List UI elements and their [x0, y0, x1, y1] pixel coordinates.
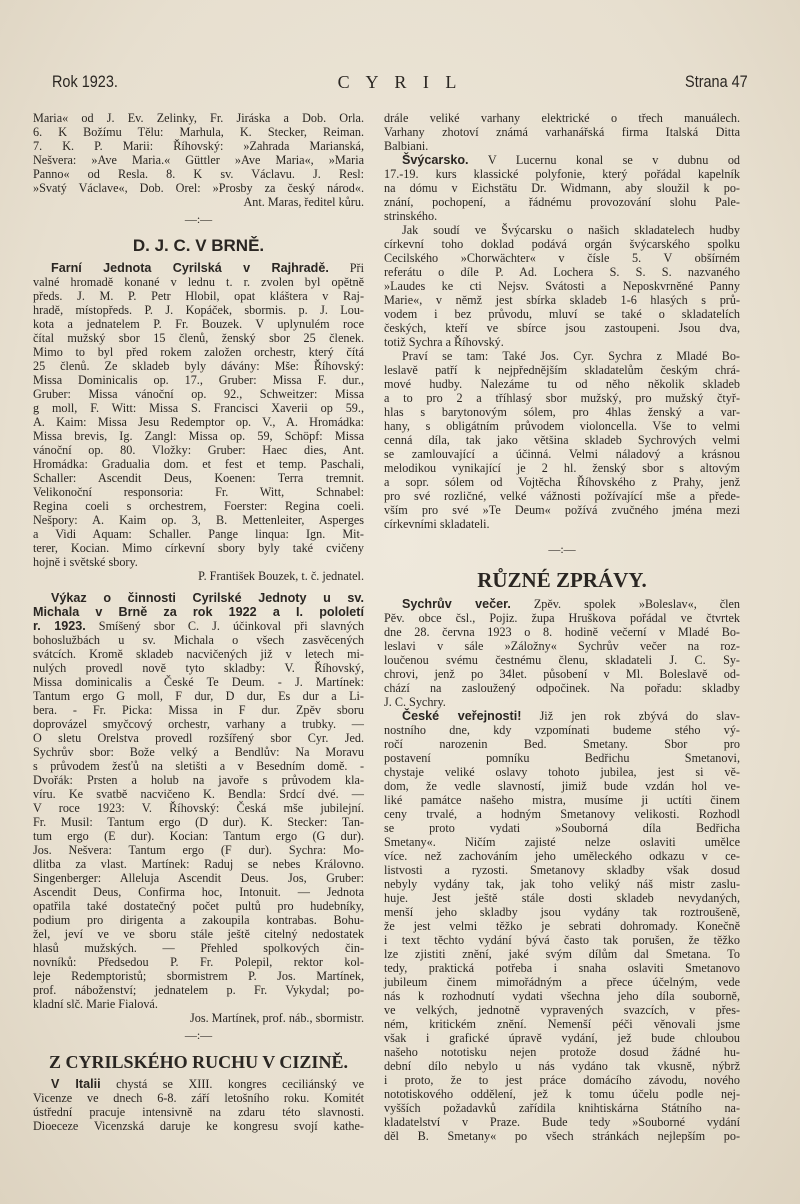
text-line: Varhany zhotoví známá varhanářská firma …	[384, 125, 740, 139]
article-title: Michala v Brně za rok 1922 a I. pololetí	[33, 605, 364, 619]
text-line: Vicenze ve dnech 6-8. září letošního rok…	[33, 1091, 364, 1105]
text-fragment: Smíšený sbor C. J. účinkoval při slavnýc…	[99, 619, 364, 633]
text-line: kladatelství v Praze. Bude tedy »Souborn…	[384, 1115, 740, 1129]
intro-paragraph: Maria« od J. Ev. Zelinky, Fr. Jiráska a …	[33, 111, 364, 209]
text-line: Dvořák: Prsten a holub na javoře s průvo…	[33, 773, 364, 787]
text-line: Missa Dominicalis op. 17., Gruber: Missa…	[33, 373, 364, 387]
text-line: žel, jeví ve ve sboru stále ještě citeln…	[33, 927, 364, 941]
text-line: Regina coeli s orchestrem, Foerster: Reg…	[33, 499, 364, 513]
text-fragment: Při	[350, 261, 364, 275]
text-line: svátcích. Kromě skladeb nacvičených již …	[33, 647, 364, 661]
text-line: Jos. Nešvera: Tantum ergo (F dur). Sychr…	[33, 843, 364, 857]
text-line: Balbiani.	[384, 139, 740, 153]
text-line: víru. Ke svatbě nacvičeno K. Bendla: Srd…	[33, 787, 364, 801]
text-line: mové hudby. Nalezáme tu od něho několik …	[384, 377, 740, 391]
text-line: Fr. Musil: Tantum ergo (D dur). K. Steck…	[33, 815, 364, 829]
text-line: církevní toho doklad podává orgán švýcar…	[384, 237, 740, 251]
text-fragment: V Lucernu konal se v dubnu od	[488, 153, 740, 167]
signature: P. František Bouzek, t. č. jednatel.	[33, 569, 364, 583]
text-line: referátu o díle P. Ad. Lochera S. S. S. …	[384, 265, 740, 279]
text-line: i text těchto vydání bývá často tak poru…	[384, 933, 740, 947]
sychra-evening-article: Sychrův večer. Zpěv. spolek »Boleslav«, …	[384, 597, 740, 709]
italy-article: V Italii chystá se XIII. kongres ceciliá…	[33, 1077, 364, 1133]
text-line: našeho nototisku nejen protože dosud žád…	[384, 1045, 740, 1059]
text-fragment: Již jen rok zbývá do slav-	[540, 709, 740, 723]
article-title: V Italii	[51, 1077, 101, 1091]
text-line: však i grafické úpravě vydání, jež bude …	[384, 1031, 740, 1045]
text-line: a Vidi Aquam: Schaller. Pange linqua: Ig…	[33, 527, 364, 541]
text-line: leje Redemptoristů; sbormistrem P. Jos. …	[33, 969, 364, 983]
text-line: hany, s obligátním průvodem violoncella.…	[384, 419, 740, 433]
text-line: i proto, že to jest práce domácího závod…	[384, 1073, 740, 1087]
text-line: 17.-19. kurs klassické polyfonie, který …	[384, 167, 740, 181]
text-line: Tantum ergo G moll, F dur, D dur, Es dur…	[33, 689, 364, 703]
text-line: Dioeceze Vicenzská daruje ke kongresu sv…	[33, 1119, 364, 1133]
text-line: Maria« od J. Ev. Zelinky, Fr. Jiráska a …	[33, 111, 364, 125]
text-line: J. C. Sychry.	[384, 695, 740, 709]
text-line: čítal mužský sbor 15 členů, ženský sbor …	[33, 331, 364, 345]
article-title: Sychrův večer.	[402, 597, 511, 611]
article-title: Farní Jednota Cyrilská v Rajhradě.	[51, 261, 329, 275]
text-line: chrovi, jenž po 34let. působení v Ml. Bo…	[384, 667, 740, 681]
text-line: jubileum činem mimořádným a přece účelný…	[384, 975, 740, 989]
article-title: České veřejnosti!	[402, 709, 521, 723]
text-line: 7. K. P. Marii: Říhovský: »Zahrada Maria…	[33, 139, 364, 153]
text-line: hradě, místopředs. P. J. Kopáček, sbormi…	[33, 303, 364, 317]
text-line: děl B. Smetany« po všech stránkách nejle…	[384, 1129, 740, 1143]
text-line: kladní slč. Marie Fialová.	[33, 997, 364, 1011]
article-title: Výkaz o činnosti Cyrilské Jednoty u sv.	[33, 591, 364, 605]
text-line: totiž Sychra a Říhovský.	[384, 335, 740, 349]
italy-article-continued: drále veliké varhany elektrické o třech …	[384, 111, 740, 153]
text-line: bera. - Fr. Picka: Missa in F dur. Zpěv …	[33, 703, 364, 717]
switzerland-article: Švýcarsko. V Lucernu konal se v dubnu od…	[384, 153, 740, 531]
text-line: hojně i světské sbory.	[33, 555, 364, 569]
text-line: Praví se tam: Také Jos. Cyr. Sychra z Ml…	[384, 349, 740, 363]
text-line: a to pro 2 a tříhlasý sbor mužský, pro m…	[384, 391, 740, 405]
text-line: valné hromadě konané v lednu t. r. zvole…	[33, 275, 364, 289]
text-line: 25 členů. Ze skladeb byly dávány: Mše: Ř…	[33, 359, 364, 373]
page-header: Rok 1923. C Y R I L Strana 47	[0, 72, 800, 102]
text-line: leslavi v sále »Záložny« Sychrův večer n…	[384, 639, 740, 653]
text-line: Mimo to byl před rokem založen orchestr,…	[33, 345, 364, 359]
section-divider: —:—	[33, 1027, 364, 1043]
article-title: Švýcarsko.	[402, 153, 469, 167]
text-line: více. než zachováním jeho uměleckého odk…	[384, 849, 740, 863]
text-line: tedy, praktická potřeba i snaha oslaviti…	[384, 961, 740, 975]
text-line: listvosti a ryzosti. Smetanovy skladby v…	[384, 863, 740, 877]
text-line: Missa dominicalis a České Te Deum. - J. …	[33, 675, 364, 689]
article-title: r. 1923.	[33, 619, 86, 633]
text-line: vánoční op. 80. Vložky: Gruber: Haec die…	[33, 443, 364, 457]
text-line: pro své rozličné, velké vážnosti požívaj…	[384, 489, 740, 503]
text-line: a sopr. sólem od Vojtěcha Říhovského z P…	[384, 475, 740, 489]
text-line: nostního dne, kdy vzpomínati budeme stéh…	[384, 723, 740, 737]
text-line: menší jeho skladby jsou vydány tak roztr…	[384, 905, 740, 919]
text-line: nototiskového oddělení, jež k tomu účelu…	[384, 1087, 740, 1101]
section-heading-djc-brno: D. J. C. V BRNĚ.	[33, 235, 364, 257]
text-line: dne 28. června 1923 o 8. hodině večerní …	[384, 625, 740, 639]
text-line: 6. K Božímu Tělu: Marhula, K. Stecker, R…	[33, 125, 364, 139]
header-page-number: Strana 47	[685, 72, 748, 92]
text-line: Cecilského »Chorwächter« v čísle 5. V ob…	[384, 251, 740, 265]
text-line: opatřila také dostatečný počet pultů pro…	[33, 899, 364, 913]
text-line: novníků: Předsedou P. Fr. Polepil, rekto…	[33, 955, 364, 969]
text-line: hlas s barytonovým sólem, pro 4hlas žens…	[384, 405, 740, 419]
text-line: Ascendit Deus, Confirma hoc, Intonuit. —…	[33, 885, 364, 899]
text-line: se zamlouvající a účinná. Velmi náladový…	[384, 447, 740, 461]
text-line: hlasů mužských. — Přehled spolkových čin…	[33, 941, 364, 955]
text-line: nulých provedl nově tyto skladby: V. Říh…	[33, 661, 364, 675]
text-line: Hromádka: Gradualia dom. et fest et temp…	[33, 457, 364, 471]
text-line: Nešvera: »Ave Maria.« Güttler »Ave Maria…	[33, 153, 364, 167]
text-line: Nešpory: A. Kaim op. 3, B. Mettenleiter,…	[33, 513, 364, 527]
text-line: liké památce našeho mistra, musíme ji uc…	[384, 793, 740, 807]
text-line: ceny trvalé, a hodným Smetanovy velikost…	[384, 807, 740, 821]
text-line: církevními skladateli.	[384, 517, 740, 531]
text-line: leslavě patří k nejpřednějším skladatelů…	[384, 363, 740, 377]
text-line: Sychrův sbor: Bože velký a Bendlův: Na M…	[33, 745, 364, 759]
text-line: prof. náboženství; jednatelem p. Fr. Vyk…	[33, 983, 364, 997]
text-line: Gruber: Missa vánoční op. 92., Schweitze…	[33, 387, 364, 401]
michal-article: Výkaz o činnosti Cyrilské Jednoty u sv. …	[33, 591, 364, 1025]
text-line: s průvodem žesťů na sletišti a v Besední…	[33, 759, 364, 773]
text-line: Marie«, v němž jest sbírka skladeb 1-6 h…	[384, 293, 740, 307]
text-line: vším pro své »Te Deum« požívá zvučného j…	[384, 503, 740, 517]
text-line: loučenou svému čestnému členu, skladatel…	[384, 653, 740, 667]
text-line: g moll, F. Witt: Missa S. Francisci Xave…	[33, 401, 364, 415]
text-line: V roce 1923: V. Říhovský: Česká mše jubi…	[33, 801, 364, 815]
text-line: předs. J. M. P. Petr Hlobil, opat klášte…	[33, 289, 364, 303]
text-line: »Laudes ke cti Nejsv. Svátosti a Neposkv…	[384, 279, 740, 293]
text-line: ročí narozenin Bed. Smetany. Sbor pro	[384, 737, 740, 751]
text-line: nás k rozhodnutí vydati všechna jeho díl…	[384, 989, 740, 1003]
rajhrad-article: Farní Jednota Cyrilská v Rajhradě. Při v…	[33, 261, 364, 583]
text-line: cenná díla, tak jako většina skladeb Syc…	[384, 433, 740, 447]
header-title: C Y R I L	[0, 72, 800, 93]
text-line: znání, pochopení, a řádnému provozování …	[384, 195, 740, 209]
text-line: ústřední pracuje intensivně na zdaru tét…	[33, 1105, 364, 1119]
text-line: Smetany«. Ničím zajisté nelze oslaviti u…	[384, 835, 740, 849]
signature: Ant. Maras, ředitel kůru.	[33, 195, 364, 209]
text-line: drále veliké varhany elektrické o třech …	[384, 111, 740, 125]
text-line: podium pro dirigenta a zakoupila kontrab…	[33, 913, 364, 927]
text-line: na dómu v Eichstätu Dr. Widmann, aby slo…	[384, 181, 740, 195]
text-line: dlitba za vlast. Martínek: Raduj se nebe…	[33, 857, 364, 871]
text-line: A. Kaim: Missa Jesu Redemptor op. V., A.…	[33, 415, 364, 429]
text-line: huje. Jest ještě stále dosti skladeb nev…	[384, 891, 740, 905]
text-line: Missa brevis, Ig. Zangl: Missa op. 59, S…	[33, 429, 364, 443]
text-line: Jak soudí ve Švýcarsku o našich skladate…	[384, 223, 740, 237]
section-heading-news: RŮZNÉ ZPRÁVY.	[384, 567, 740, 593]
text-fragment: chystá se XIII. kongres ceciliánský ve	[116, 1077, 364, 1091]
text-line: strinského.	[384, 209, 740, 223]
text-fragment: Zpěv. spolek »Boleslav«, člen	[534, 597, 740, 611]
signature: Jos. Martínek, prof. náb., sbormistr.	[33, 1011, 364, 1025]
text-line: »Svatý Václave«, Dob. Orel: »Prosby za č…	[33, 181, 364, 195]
text-line: vodem i bez průvodu, mluví se také o skl…	[384, 307, 740, 321]
text-line: doprovázel smyčcový orchestr, varhany a …	[33, 717, 364, 731]
text-line: melodikou vynikající je 2 hl. ženský sbo…	[384, 461, 740, 475]
text-line: dební dílo nebylo u nás vydáno tak vkusn…	[384, 1059, 740, 1073]
text-line: bohoslužbách u sv. Michala o všech zasvě…	[33, 633, 364, 647]
text-line: terer, Kocian. Mimo církevní sbory byly …	[33, 541, 364, 555]
document-page: Rok 1923. C Y R I L Strana 47 Maria« od …	[0, 0, 800, 1204]
text-line: že jest velmi těžko je sebrati dohromady…	[384, 919, 740, 933]
section-divider: —:—	[33, 211, 364, 227]
text-line: Pěv. obce čsl., Pojiz. župa Hruškova poř…	[384, 611, 740, 625]
text-line: dom, že vedle slavností, jimiž bude vzdá…	[384, 779, 740, 793]
text-line: chází na zasloužený odpočinek. Na pořadu…	[384, 681, 740, 695]
text-line: chystaje veliké oslavy tohoto jubilea, j…	[384, 765, 740, 779]
text-line: Panno« od Resla. 8. K sv. Václavu. J. Re…	[33, 167, 364, 181]
section-divider: —:—	[384, 541, 740, 557]
section-heading-abroad: Z CYRILSKÉHO RUCHU V CIZINĚ.	[33, 1051, 364, 1073]
public-appeal-article: České veřejnosti! Již jen rok zbývá do s…	[384, 709, 740, 1143]
text-line: vyšších požadavků zařídila knihtiskárna …	[384, 1101, 740, 1115]
text-line: postavení pomníku Bedřichu Smetanovi,	[384, 751, 740, 765]
text-line: Schaller: Ascendit Deus, Koenen: Terra t…	[33, 471, 364, 485]
text-line: kota a jednatelem P. Fr. Bouzek. V uplyn…	[33, 317, 364, 331]
text-line: ve velkých, jednotně vypravených svazcíc…	[384, 1003, 740, 1017]
text-line: tum ergo (E dur). Kocian: Tantum ergo (G…	[33, 829, 364, 843]
left-column: Maria« od J. Ev. Zelinky, Fr. Jiráska a …	[33, 111, 364, 1133]
text-line: Singenberger: Alleluja Ascendit Deus. Jo…	[33, 871, 364, 885]
text-line: ném, kritickém znění. Nemenší péči věnov…	[384, 1017, 740, 1031]
text-line: Velikonoční responsoria: Fr. Witt, Schna…	[33, 485, 364, 499]
text-line: lze zjistiti znění, jaké svým dílům dal …	[384, 947, 740, 961]
text-line: O sletu Orelstva provedl rozšířený sbor …	[33, 731, 364, 745]
right-column: drále veliké varhany elektrické o třech …	[384, 111, 740, 1143]
text-line: se proto vydati »Souborná díla Bedřicha	[384, 821, 740, 835]
text-line: českých, kteří ve sbírce jsou zastoupeni…	[384, 321, 740, 335]
text-line: nebyly vydány tak, jak toho veliký náš m…	[384, 877, 740, 891]
